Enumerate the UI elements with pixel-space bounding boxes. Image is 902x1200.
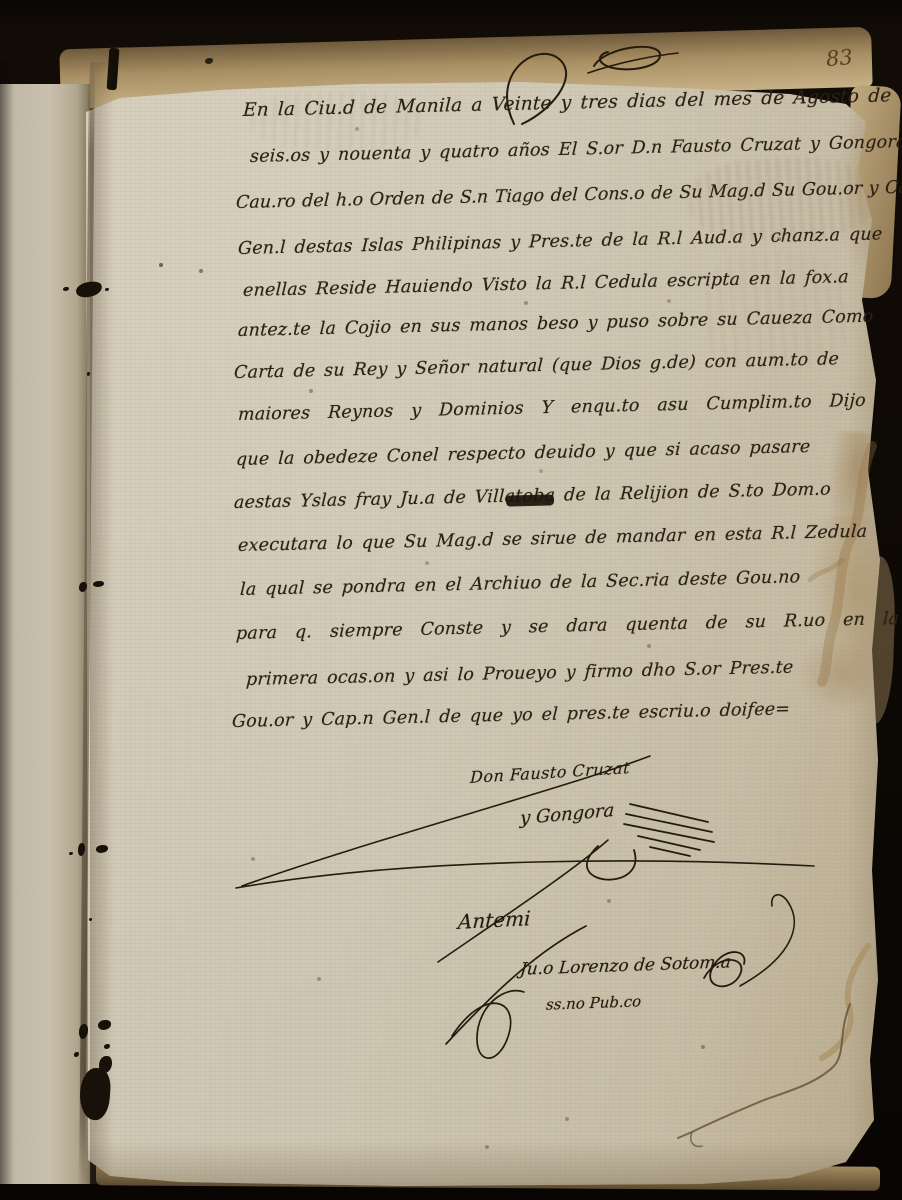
strikethrough-blot [506, 494, 554, 506]
folio-number: 83 [825, 45, 854, 71]
gutter-shadow [90, 62, 114, 1184]
paper-specks [0, 0, 2, 2]
water-stain [798, 638, 882, 712]
manuscript-scan: 83 En la Ciu.d de Manila a Veinte y tres… [0, 0, 902, 1200]
left-edge-shadow [0, 60, 14, 1190]
attestation-ante-mi: Antemi [457, 906, 531, 934]
signature-scribe-title: ss.no Pub.co [546, 992, 642, 1013]
